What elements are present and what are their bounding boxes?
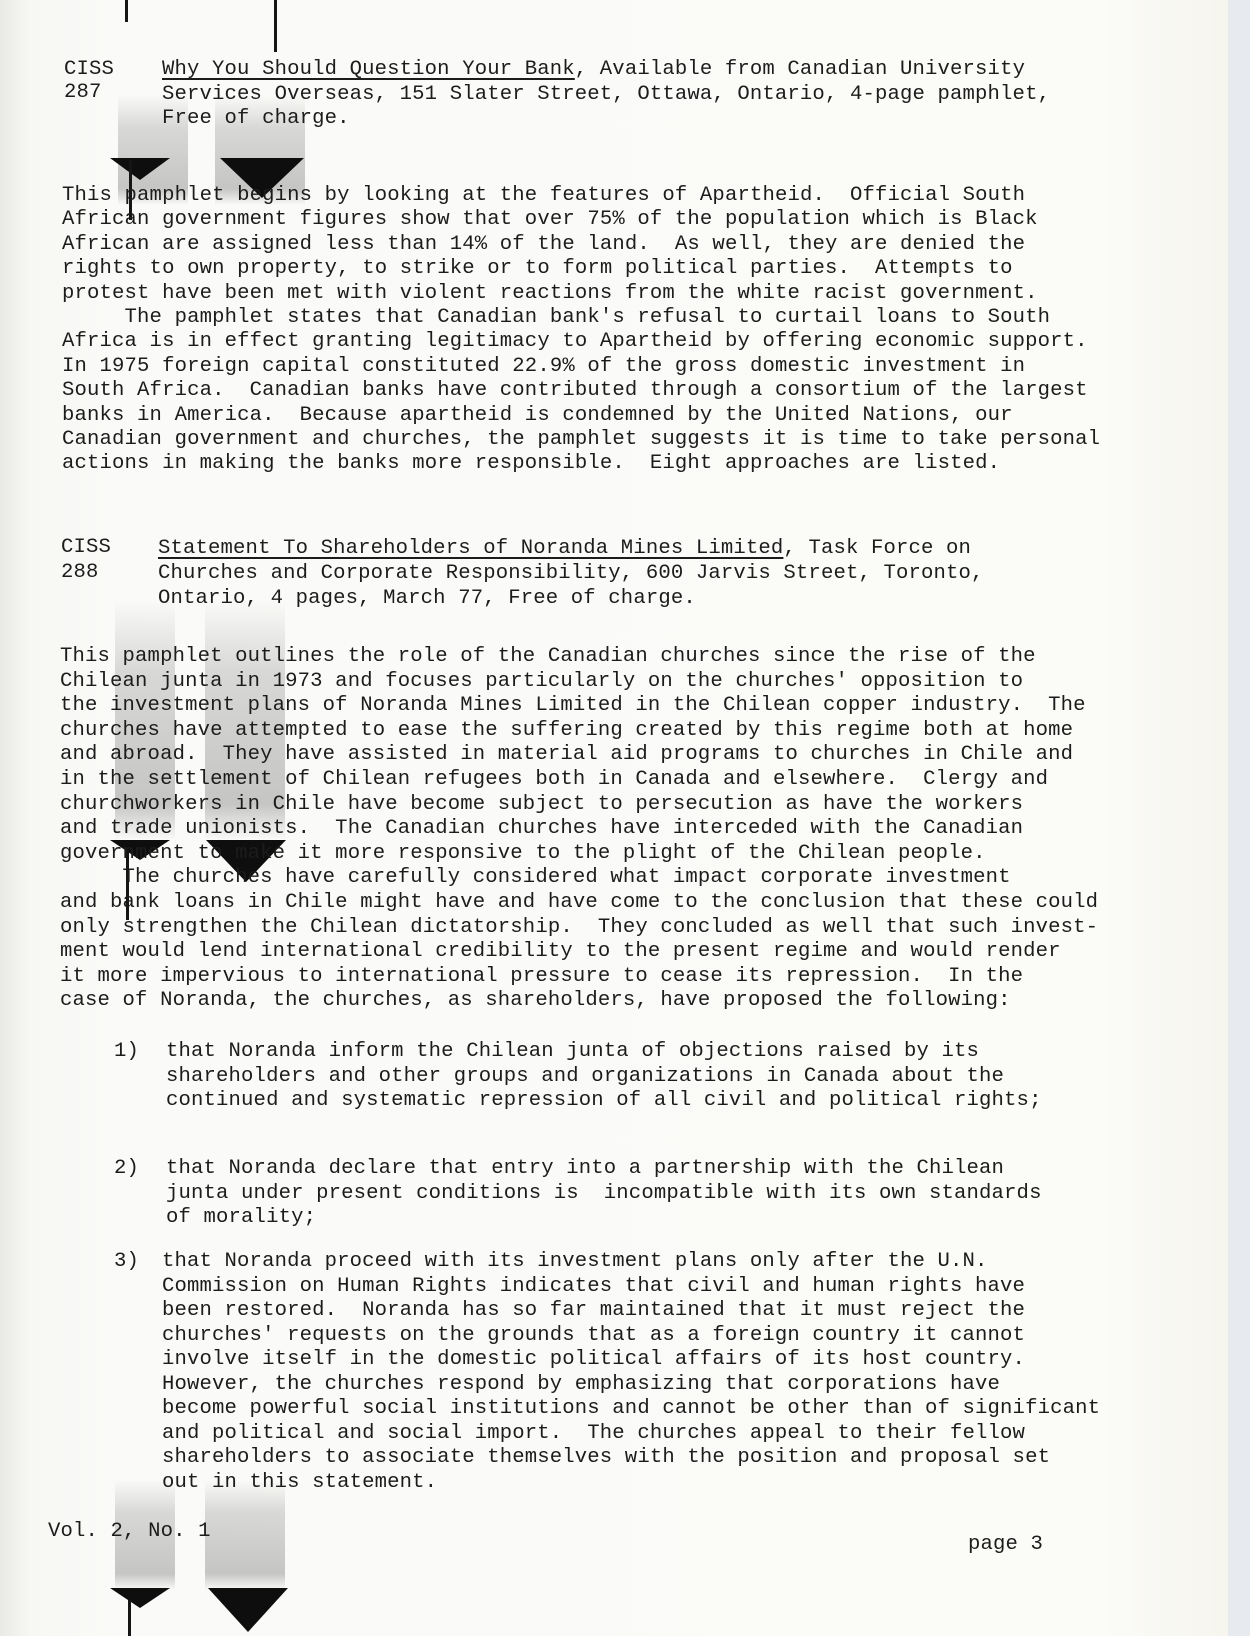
proposal-line: junta under present conditions is incomp… xyxy=(166,1182,1042,1206)
entry-citation-line: Ontario, 4 pages, March 77, Free of char… xyxy=(158,587,696,611)
entry-citation-line: Free of charge. xyxy=(162,107,350,131)
proposal-marker: 3) xyxy=(114,1250,139,1274)
body-line: and trade unionists. The Canadian church… xyxy=(60,817,1023,841)
body-line: the investment plans of Noranda Mines Li… xyxy=(60,694,1086,718)
entry-citation-line: Churches and Corporate Responsibility, 6… xyxy=(158,562,984,586)
body-line: Africa is in effect granting legitimacy … xyxy=(62,330,1088,354)
scanned-page: CISS 287 Why You Should Question Your Ba… xyxy=(0,0,1230,1636)
ink-stem xyxy=(125,0,128,22)
body-line: actions in making the banks more respons… xyxy=(62,452,1000,476)
proposal-line: become powerful social institutions and … xyxy=(162,1397,1100,1421)
proposal-marker: 2) xyxy=(114,1157,139,1181)
body-line: South Africa. Canadian banks have contri… xyxy=(62,379,1088,403)
proposal-line: Commission on Human Rights indicates tha… xyxy=(162,1275,1025,1299)
ink-stem xyxy=(274,0,277,52)
body-line: protest have been met with violent react… xyxy=(62,282,1038,306)
entry-code-number: 287 xyxy=(64,81,102,105)
body-line: in the settlement of Chilean refugees bo… xyxy=(60,768,1048,792)
proposal-line: that Noranda declare that entry into a p… xyxy=(166,1157,1004,1181)
entry-code-label: CISS xyxy=(61,536,111,560)
entry-code-number: 288 xyxy=(61,561,99,585)
proposal-line: involve itself in the domestic political… xyxy=(162,1348,1025,1372)
body-line: and bank loans in Chile might have and h… xyxy=(60,891,1098,915)
body-line: Canadian government and churches, the pa… xyxy=(62,428,1100,452)
body-line: churchworkers in Chile have become subje… xyxy=(60,793,1023,817)
proposal-line: that Noranda proceed with its investment… xyxy=(162,1250,988,1274)
body-line: it more impervious to international pres… xyxy=(60,965,1023,989)
proposal-line: of morality; xyxy=(166,1206,316,1230)
ink-drip xyxy=(208,1588,288,1632)
proposal-line: out in this statement. xyxy=(162,1471,437,1495)
body-line: Chilean junta in 1973 and focuses partic… xyxy=(60,670,1023,694)
footer-volume: Vol. 2, No. 1 xyxy=(48,1520,211,1544)
proposal-line: been restored. Noranda has so far mainta… xyxy=(162,1299,1025,1323)
proposal-line: churches' requests on the grounds that a… xyxy=(162,1324,1025,1348)
body-line: In 1975 foreign capital constituted 22.9… xyxy=(62,355,1025,379)
entry-citation-text: , Available from Canadian University xyxy=(575,58,1025,81)
entry-title: Why You Should Question Your Bank xyxy=(162,58,575,81)
body-line: African are assigned less than 14% of th… xyxy=(62,233,1025,257)
body-line: ment would lend international credibilit… xyxy=(60,940,1061,964)
body-line: case of Noranda, the churches, as shareh… xyxy=(60,989,1011,1013)
body-line: banks in America. Because apartheid is c… xyxy=(62,404,1013,428)
body-line: only strengthen the Chilean dictatorship… xyxy=(60,916,1098,940)
ink-drip xyxy=(110,1588,170,1608)
proposal-line: shareholders and other groups and organi… xyxy=(166,1065,1004,1089)
body-line: This pamphlet outlines the role of the C… xyxy=(60,645,1036,669)
body-line: government to make it more responsive to… xyxy=(60,842,986,866)
entry-citation-line: Services Overseas, 151 Slater Street, Ot… xyxy=(162,83,1050,107)
proposal-line: and political and social import. The chu… xyxy=(162,1422,1025,1446)
body-line: The pamphlet states that Canadian bank's… xyxy=(62,306,1050,330)
entry-citation-line: Statement To Shareholders of Noranda Min… xyxy=(158,537,971,561)
ink-streak xyxy=(205,1480,285,1590)
body-line: churches have attempted to ease the suff… xyxy=(60,719,1073,743)
body-line: and abroad. They have assisted in materi… xyxy=(60,743,1073,767)
proposal-marker: 1) xyxy=(114,1040,139,1064)
proposal-line: that Noranda inform the Chilean junta of… xyxy=(166,1040,979,1064)
entry-citation-text: , Task Force on xyxy=(783,537,971,560)
scan-edge xyxy=(1228,0,1250,1636)
ink-drip xyxy=(110,158,170,180)
proposal-line: shareholders to associate themselves wit… xyxy=(162,1446,1050,1470)
ink-stem xyxy=(128,1600,131,1636)
proposal-line: However, the churches respond by emphasi… xyxy=(162,1373,1000,1397)
body-line: rights to own property, to strike or to … xyxy=(62,257,1013,281)
body-line: African government figures show that ove… xyxy=(62,208,1038,232)
entry-citation-line: Why You Should Question Your Bank, Avail… xyxy=(162,58,1025,82)
body-line: This pamphlet begins by looking at the f… xyxy=(62,184,1025,208)
entry-title: Statement To Shareholders of Noranda Min… xyxy=(158,537,783,560)
footer-page-number: page 3 xyxy=(968,1533,1043,1557)
proposal-line: continued and systematic repression of a… xyxy=(166,1089,1042,1113)
body-line: The churches have carefully considered w… xyxy=(60,866,1011,890)
entry-code-label: CISS xyxy=(64,58,114,82)
